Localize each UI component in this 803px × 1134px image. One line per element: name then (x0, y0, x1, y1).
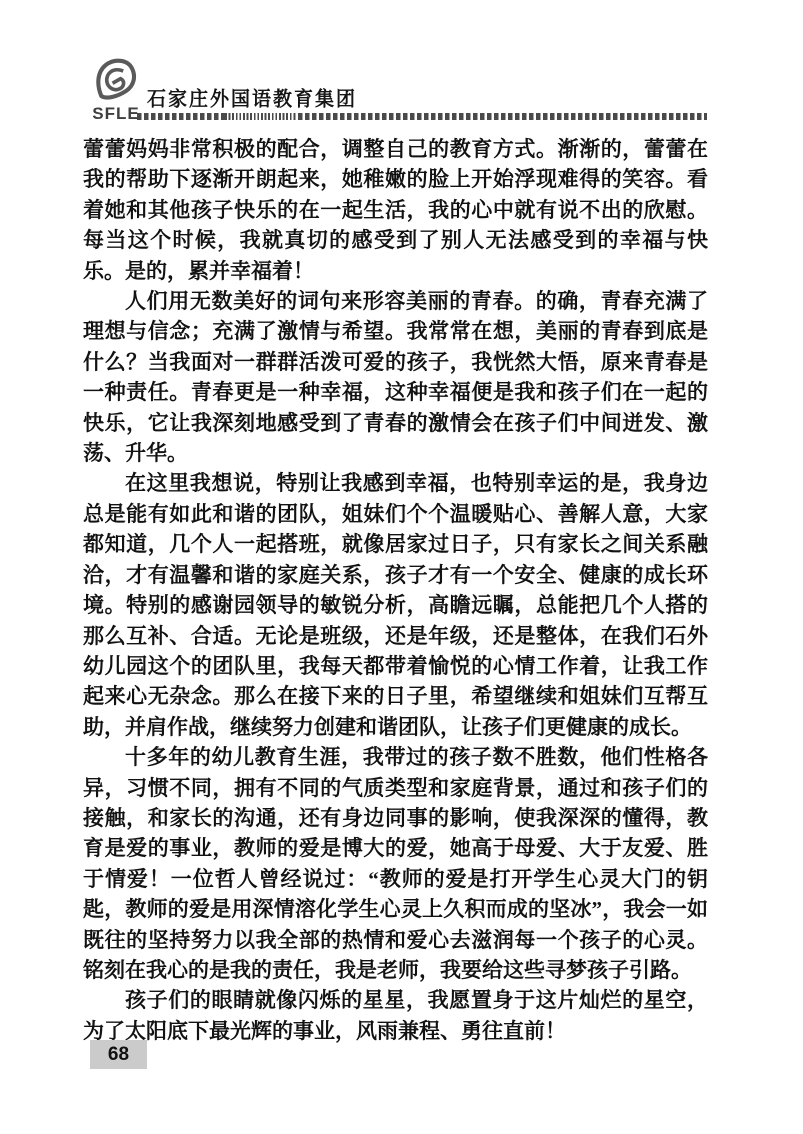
body-text: 蕾蕾妈妈非常积极的配合，调整自己的教育方式。渐渐的，蕾蕾在我的帮助下逐渐开朗起来… (83, 134, 708, 1046)
page-number-badge: 68 (90, 1040, 147, 1069)
paragraph: 孩子们的眼睛就像闪烁的星星，我愿置身于这片灿烂的星空，为了太阳底下最光辉的事业，… (83, 985, 708, 1046)
sfle-logo-icon (90, 57, 142, 104)
brand-logo: SFLE (90, 57, 142, 122)
paragraph: 蕾蕾妈妈非常积极的配合，调整自己的教育方式。渐渐的，蕾蕾在我的帮助下逐渐开朗起来… (83, 134, 708, 286)
logo-acronym: SFLE (90, 105, 142, 122)
page-number: 68 (108, 1044, 129, 1066)
scanned-book-page: SFLE 石家庄外国语教育集团 蕾蕾妈妈非常积极的配合，调整自己的教育方式。渐渐… (0, 0, 803, 1134)
paragraph: 十多年的幼儿教育生涯，我带过的孩子数不胜数，他们性格各异，习惯不同，拥有不同的气… (83, 742, 708, 985)
header-rule-fine-segment (225, 113, 295, 120)
header-rule (137, 113, 707, 120)
paragraph: 人们用无数美好的词句来形容美丽的青春。的确，青春充满了理想与信念；充满了激情与希… (83, 286, 708, 468)
org-title: 石家庄外国语教育集团 (147, 83, 357, 111)
paragraph: 在这里我想说，特别让我感到幸福，也特别幸运的是，我身边总是能有如此和谐的团队，姐… (83, 468, 708, 742)
